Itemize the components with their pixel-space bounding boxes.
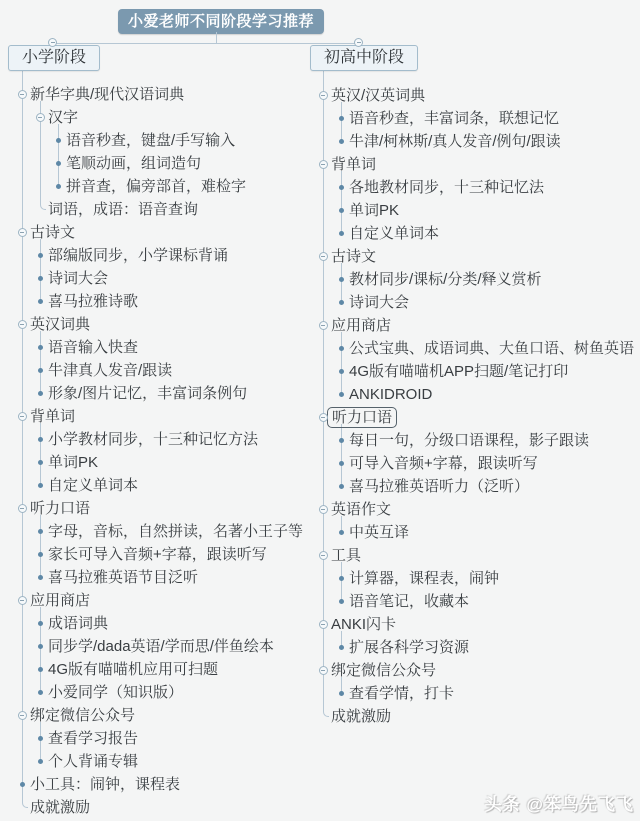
connector-line: [40, 331, 41, 394]
topic-label: 牛津真人发音/跟读: [48, 359, 172, 382]
connector-line: [40, 423, 41, 486]
bullet-icon: [339, 277, 344, 282]
topic[interactable]: 听力口语: [331, 406, 397, 429]
topic-label: 英语作文: [331, 498, 391, 521]
topic[interactable]: 词语，成语：语音查询: [48, 198, 198, 221]
topic[interactable]: 中英互译: [349, 521, 409, 544]
topic-label: 牛津/柯林斯/真人发音/例句/跟读: [349, 130, 561, 153]
topic[interactable]: 4G版有喵喵机APP扫题/笔记打印: [349, 360, 568, 383]
topic-label: 英汉/汉英词典: [331, 84, 425, 107]
collapse-icon[interactable]: [319, 91, 328, 100]
bullet-icon: [339, 599, 344, 604]
topic[interactable]: 诗词大会: [349, 291, 409, 314]
topic[interactable]: 查看学情，打卡: [349, 682, 454, 705]
topic[interactable]: 牛津真人发音/跟读: [48, 359, 172, 382]
collapse-icon[interactable]: [18, 320, 27, 329]
connector-line: [40, 239, 41, 302]
connector-line: [341, 171, 342, 234]
connector-line: [341, 102, 342, 142]
bullet-icon: [38, 690, 43, 695]
topic-label: 词语，成语：语音查询: [48, 198, 198, 221]
topic-label: 自定义单词本: [349, 222, 439, 245]
connector-line: [341, 332, 342, 395]
topic[interactable]: 形象/图片记忆，丰富词条例句: [48, 382, 247, 405]
topic-label: 听力口语: [30, 497, 90, 520]
topic[interactable]: 可导入音频+字幕，跟读听写: [349, 452, 538, 475]
bullet-icon: [339, 139, 344, 144]
topic[interactable]: 小爱同学（知识版）: [48, 681, 183, 704]
topic[interactable]: 查看学习报告: [48, 727, 138, 750]
mindmap-canvas: 小爱老师不同阶段学习推荐 小学阶段 初高中阶段 新华字典/现代汉语词典汉字语音秒…: [0, 0, 640, 821]
topic[interactable]: 成就激励: [30, 796, 90, 819]
topic-label: 扩展各科学习资源: [349, 636, 469, 659]
bullet-icon: [38, 621, 43, 626]
topic-label: 同步学/dada英语/学而思/伴鱼绘本: [48, 635, 274, 658]
bullet-icon: [38, 253, 43, 258]
collapse-icon[interactable]: [319, 321, 328, 330]
topic[interactable]: 各地教材同步，十三种记忆法: [349, 176, 544, 199]
topic[interactable]: 单词PK: [349, 199, 399, 222]
branch-middle-high-school[interactable]: 初高中阶段: [310, 45, 418, 71]
collapse-icon[interactable]: [319, 160, 328, 169]
topic-label: 教材同步/课标/分类/释义赏析: [349, 268, 542, 291]
topic-label: 4G版有喵喵机APP扫题/笔记打印: [349, 360, 568, 383]
topic-label: 单词PK: [48, 451, 98, 474]
collapse-icon[interactable]: [319, 505, 328, 514]
topic[interactable]: 公式宝典、成语词典、大鱼口语、树鱼英语: [349, 337, 634, 360]
bullet-icon: [38, 368, 43, 373]
topic[interactable]: 听力口语: [30, 497, 90, 520]
topic[interactable]: 每日一句，分级口语课程，影子跟读: [349, 429, 589, 452]
watermark: 头条 @笨鸟先飞飞: [485, 790, 634, 815]
topic[interactable]: 绑定微信公众号: [30, 704, 135, 727]
topic-label: 计算器，课程表，闹钟: [349, 567, 499, 590]
collapse-icon[interactable]: [36, 113, 45, 122]
topic-label: 喜马拉雅诗歌: [48, 290, 138, 313]
topic[interactable]: 字母，音标，自然拼读，名著小王子等: [48, 520, 303, 543]
topic[interactable]: 喜马拉雅诗歌: [48, 290, 138, 313]
bullet-icon: [339, 576, 344, 581]
topic[interactable]: 古诗文: [30, 221, 75, 244]
topic-label: 成就激励: [331, 705, 391, 728]
topic[interactable]: 英汉/汉英词典: [331, 84, 425, 107]
topic-label: 古诗文: [331, 245, 376, 268]
topic-label: 可导入音频+字幕，跟读听写: [349, 452, 538, 475]
topic-label: 拼音查，偏旁部首，难检字: [66, 175, 246, 198]
collapse-icon[interactable]: [18, 412, 27, 421]
bullet-icon: [38, 460, 43, 465]
topic[interactable]: 成就激励: [331, 705, 391, 728]
topic-label: 应用商店: [331, 314, 391, 337]
topic-label: 每日一句，分级口语课程，影子跟读: [349, 429, 589, 452]
connector-elbow: [22, 801, 28, 808]
connector-line: [341, 424, 342, 487]
bullet-icon: [339, 645, 344, 650]
bullet-icon: [38, 391, 43, 396]
topic[interactable]: 语音输入快查: [48, 336, 138, 359]
connector-horizontal: [53, 43, 359, 44]
topic[interactable]: 牛津/柯林斯/真人发音/例句/跟读: [349, 130, 561, 153]
bullet-icon: [339, 438, 344, 443]
bullet-icon: [339, 116, 344, 121]
bullet-icon: [38, 345, 43, 350]
topic-label: 英汉词典: [30, 313, 90, 336]
topic-label: 中英互译: [349, 521, 409, 544]
topic[interactable]: 背单词: [30, 405, 75, 428]
connector-root-stem: [216, 32, 217, 43]
topic[interactable]: 背单词: [331, 153, 376, 176]
topic-label: 查看学情，打卡: [349, 682, 454, 705]
topic[interactable]: 英语作文: [331, 498, 391, 521]
topic-label: 喜马拉雅英语节目泛听: [48, 566, 198, 589]
topic-label: 绑定微信公众号: [30, 704, 135, 727]
bullet-icon: [38, 644, 43, 649]
topic[interactable]: 工具: [331, 544, 361, 567]
connector-line: [341, 562, 342, 602]
bullet-icon: [38, 299, 43, 304]
connector-line: [341, 263, 342, 303]
collapse-icon[interactable]: [319, 551, 328, 560]
topic-label: 古诗文: [30, 221, 75, 244]
connector-line: [40, 515, 41, 578]
topic[interactable]: 新华字典/现代汉语词典: [30, 83, 184, 106]
topic[interactable]: 语音笔记，收藏本: [349, 590, 469, 613]
topic[interactable]: 部编版同步，小学课标背诵: [48, 244, 228, 267]
topic[interactable]: 成语词典: [48, 612, 108, 635]
bullet-icon: [56, 138, 61, 143]
topic[interactable]: 自定义单词本: [349, 222, 439, 245]
topic-label: 语音输入快查: [48, 336, 138, 359]
bullet-icon: [56, 184, 61, 189]
topic[interactable]: 诗词大会: [48, 267, 108, 290]
topic-label: 喜马拉雅英语听力（泛听）: [349, 475, 529, 498]
collapse-icon[interactable]: [319, 413, 328, 422]
bullet-icon: [339, 231, 344, 236]
topic[interactable]: 单词PK: [48, 451, 98, 474]
topic[interactable]: 英汉词典: [30, 313, 90, 336]
topic-label: 个人背诵专辑: [48, 750, 138, 773]
bullet-icon: [38, 437, 43, 442]
collapse-icon[interactable]: [18, 596, 27, 605]
collapse-icon[interactable]: [319, 252, 328, 261]
connector-line: [40, 722, 41, 762]
topic[interactable]: 个人背诵专辑: [48, 750, 138, 773]
topic-label: 语音秒查，丰富词条，联想记忆: [349, 107, 559, 130]
topic[interactable]: 小工具：闹钟，课程表: [30, 773, 180, 796]
bullet-icon: [339, 530, 344, 535]
root-topic[interactable]: 小爱老师不同阶段学习推荐: [118, 9, 324, 34]
bullet-icon: [38, 575, 43, 580]
topic[interactable]: 应用商店: [331, 314, 391, 337]
topic-label: 小工具：闹钟，课程表: [30, 773, 180, 796]
collapse-icon[interactable]: [18, 228, 27, 237]
connector-elbow: [40, 203, 46, 210]
topic[interactable]: 古诗文: [331, 245, 376, 268]
bullet-icon: [38, 276, 43, 281]
topic[interactable]: 4G版有喵喵机应用可扫题: [48, 658, 218, 681]
collapse-icon[interactable]: [354, 38, 363, 47]
collapse-icon[interactable]: [319, 620, 328, 629]
topic-label: 汉字: [48, 106, 78, 129]
topic[interactable]: 语音秒查，丰富词条，联想记忆: [349, 107, 559, 130]
bullet-icon: [38, 667, 43, 672]
bullet-icon: [339, 484, 344, 489]
topic[interactable]: 语音秒查，键盘/手写输入: [66, 129, 235, 152]
topic-label: 小学教材同步，十三种记忆方法: [48, 428, 258, 451]
topic[interactable]: 喜马拉雅英语节目泛听: [48, 566, 198, 589]
bullet-icon: [38, 736, 43, 741]
topic-label: 语音秒查，键盘/手写输入: [66, 129, 235, 152]
topic-label: 家长可导入音频+字幕，跟读听写: [48, 543, 267, 566]
topic-label: 自定义单词本: [48, 474, 138, 497]
bullet-icon: [38, 529, 43, 534]
topic-label: 诗词大会: [349, 291, 409, 314]
bullet-icon: [339, 392, 344, 397]
topic[interactable]: 教材同步/课标/分类/释义赏析: [349, 268, 542, 291]
collapse-icon[interactable]: [48, 38, 57, 47]
topic-label: 背单词: [331, 153, 376, 176]
connector-line: [40, 607, 41, 693]
bullet-icon: [339, 691, 344, 696]
topic-label: 成语词典: [48, 612, 108, 635]
topic[interactable]: ANKI闪卡: [331, 613, 396, 636]
bullet-icon: [339, 461, 344, 466]
topic-label: 查看学习报告: [48, 727, 138, 750]
topic[interactable]: 汉字: [48, 106, 78, 129]
bullet-icon: [20, 782, 25, 787]
connector-line: [58, 124, 59, 187]
topic[interactable]: 扩展各科学习资源: [349, 636, 469, 659]
topic-label: 4G版有喵喵机应用可扫题: [48, 658, 218, 681]
connector-line: [22, 70, 23, 802]
topic-label: 公式宝典、成语词典、大鱼口语、树鱼英语: [349, 337, 634, 360]
topic[interactable]: 自定义单词本: [48, 474, 138, 497]
connector-elbow: [323, 710, 329, 717]
topic[interactable]: 计算器，课程表，闹钟: [349, 567, 499, 590]
topic-label: 绑定微信公众号: [331, 659, 436, 682]
topic[interactable]: 家长可导入音频+字幕，跟读听写: [48, 543, 267, 566]
bullet-icon: [339, 185, 344, 190]
collapse-icon[interactable]: [18, 711, 27, 720]
topic-label: 形象/图片记忆，丰富词条例句: [48, 382, 247, 405]
topic[interactable]: 拼音查，偏旁部首，难检字: [66, 175, 246, 198]
topic[interactable]: ANKIDROID: [349, 383, 432, 406]
topic-label: 成就激励: [30, 796, 90, 819]
topic-label: 背单词: [30, 405, 75, 428]
topic-label: 听力口语: [327, 407, 397, 428]
topic-label: 应用商店: [30, 589, 90, 612]
bullet-icon: [38, 759, 43, 764]
collapse-icon[interactable]: [319, 666, 328, 675]
topic-label: 语音笔记，收藏本: [349, 590, 469, 613]
topic-label: 诗词大会: [48, 267, 108, 290]
topic-label: 各地教材同步，十三种记忆法: [349, 176, 544, 199]
bullet-icon: [38, 483, 43, 488]
collapse-icon[interactable]: [18, 504, 27, 513]
topic-label: ANKIDROID: [349, 383, 432, 406]
bullet-icon: [38, 552, 43, 557]
topic-label: 单词PK: [349, 199, 399, 222]
topic-label: 笔顺动画，组词造句: [66, 152, 201, 175]
bullet-icon: [339, 300, 344, 305]
topic-label: 工具: [331, 544, 361, 567]
topic[interactable]: 喜马拉雅英语听力（泛听）: [349, 475, 529, 498]
topic[interactable]: 笔顺动画，组词造句: [66, 152, 201, 175]
topic[interactable]: 小学教材同步，十三种记忆方法: [48, 428, 258, 451]
topic-label: 小爱同学（知识版）: [48, 681, 183, 704]
collapse-icon[interactable]: [18, 90, 27, 99]
bullet-icon: [339, 369, 344, 374]
topic[interactable]: 同步学/dada英语/学而思/伴鱼绘本: [48, 635, 274, 658]
bullet-icon: [339, 208, 344, 213]
topic[interactable]: 应用商店: [30, 589, 90, 612]
topic-label: 新华字典/现代汉语词典: [30, 83, 184, 106]
topic[interactable]: 绑定微信公众号: [331, 659, 436, 682]
branch-primary-school[interactable]: 小学阶段: [8, 45, 100, 71]
bullet-icon: [56, 161, 61, 166]
topic-label: 部编版同步，小学课标背诵: [48, 244, 228, 267]
topic-label: 字母，音标，自然拼读，名著小王子等: [48, 520, 303, 543]
topic-label: ANKI闪卡: [331, 613, 396, 636]
bullet-icon: [339, 346, 344, 351]
